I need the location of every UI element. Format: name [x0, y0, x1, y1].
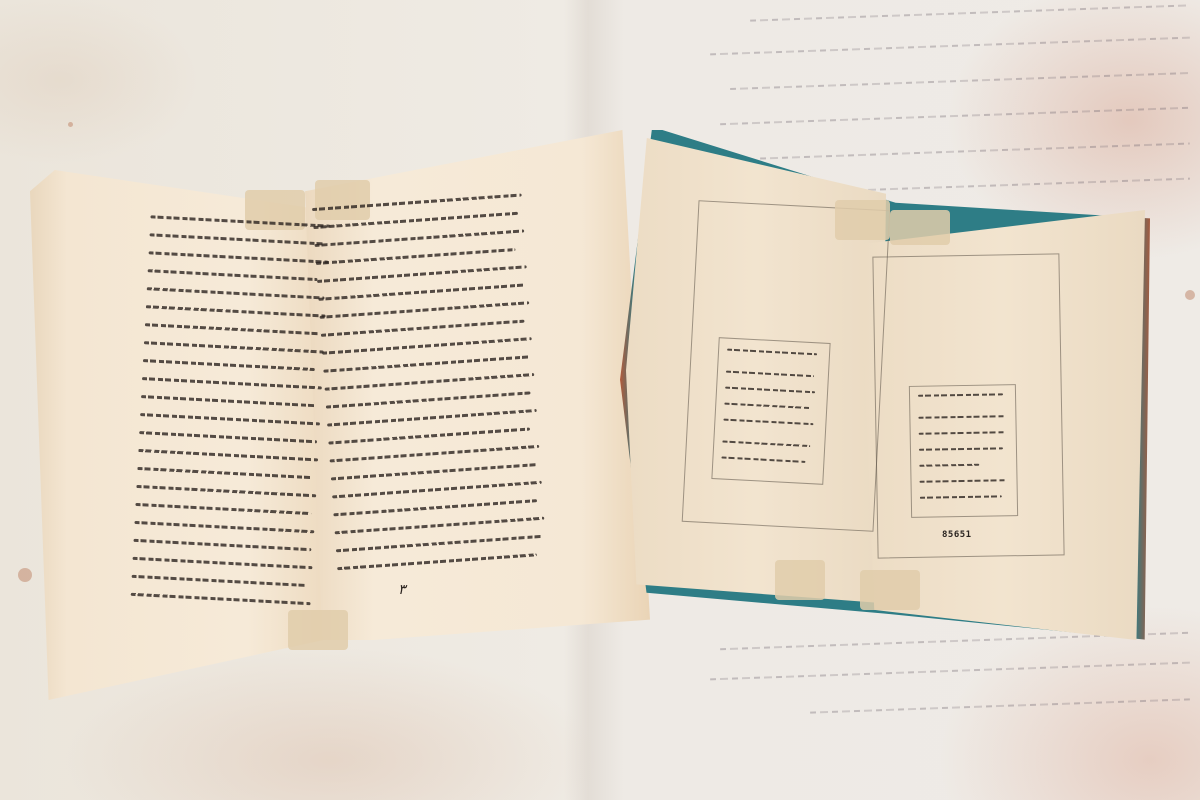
frame-text — [721, 349, 822, 474]
text-frame — [909, 384, 1018, 518]
frame-text — [918, 393, 1010, 515]
catalog-number: 85651 — [942, 530, 972, 540]
right-page-text — [312, 193, 558, 587]
left-manuscript: ٣ — [30, 130, 650, 700]
text-frame — [711, 337, 830, 485]
stain-spot — [68, 122, 73, 127]
repair-tape — [775, 560, 825, 600]
repair-tape — [860, 570, 920, 610]
stain-spot — [1185, 290, 1195, 300]
right-manuscript: 85651 — [620, 130, 1150, 650]
repair-tape — [890, 210, 950, 245]
left-page-text — [130, 215, 341, 624]
repair-tape — [835, 200, 890, 240]
folio-mark: ٣ — [398, 582, 406, 598]
